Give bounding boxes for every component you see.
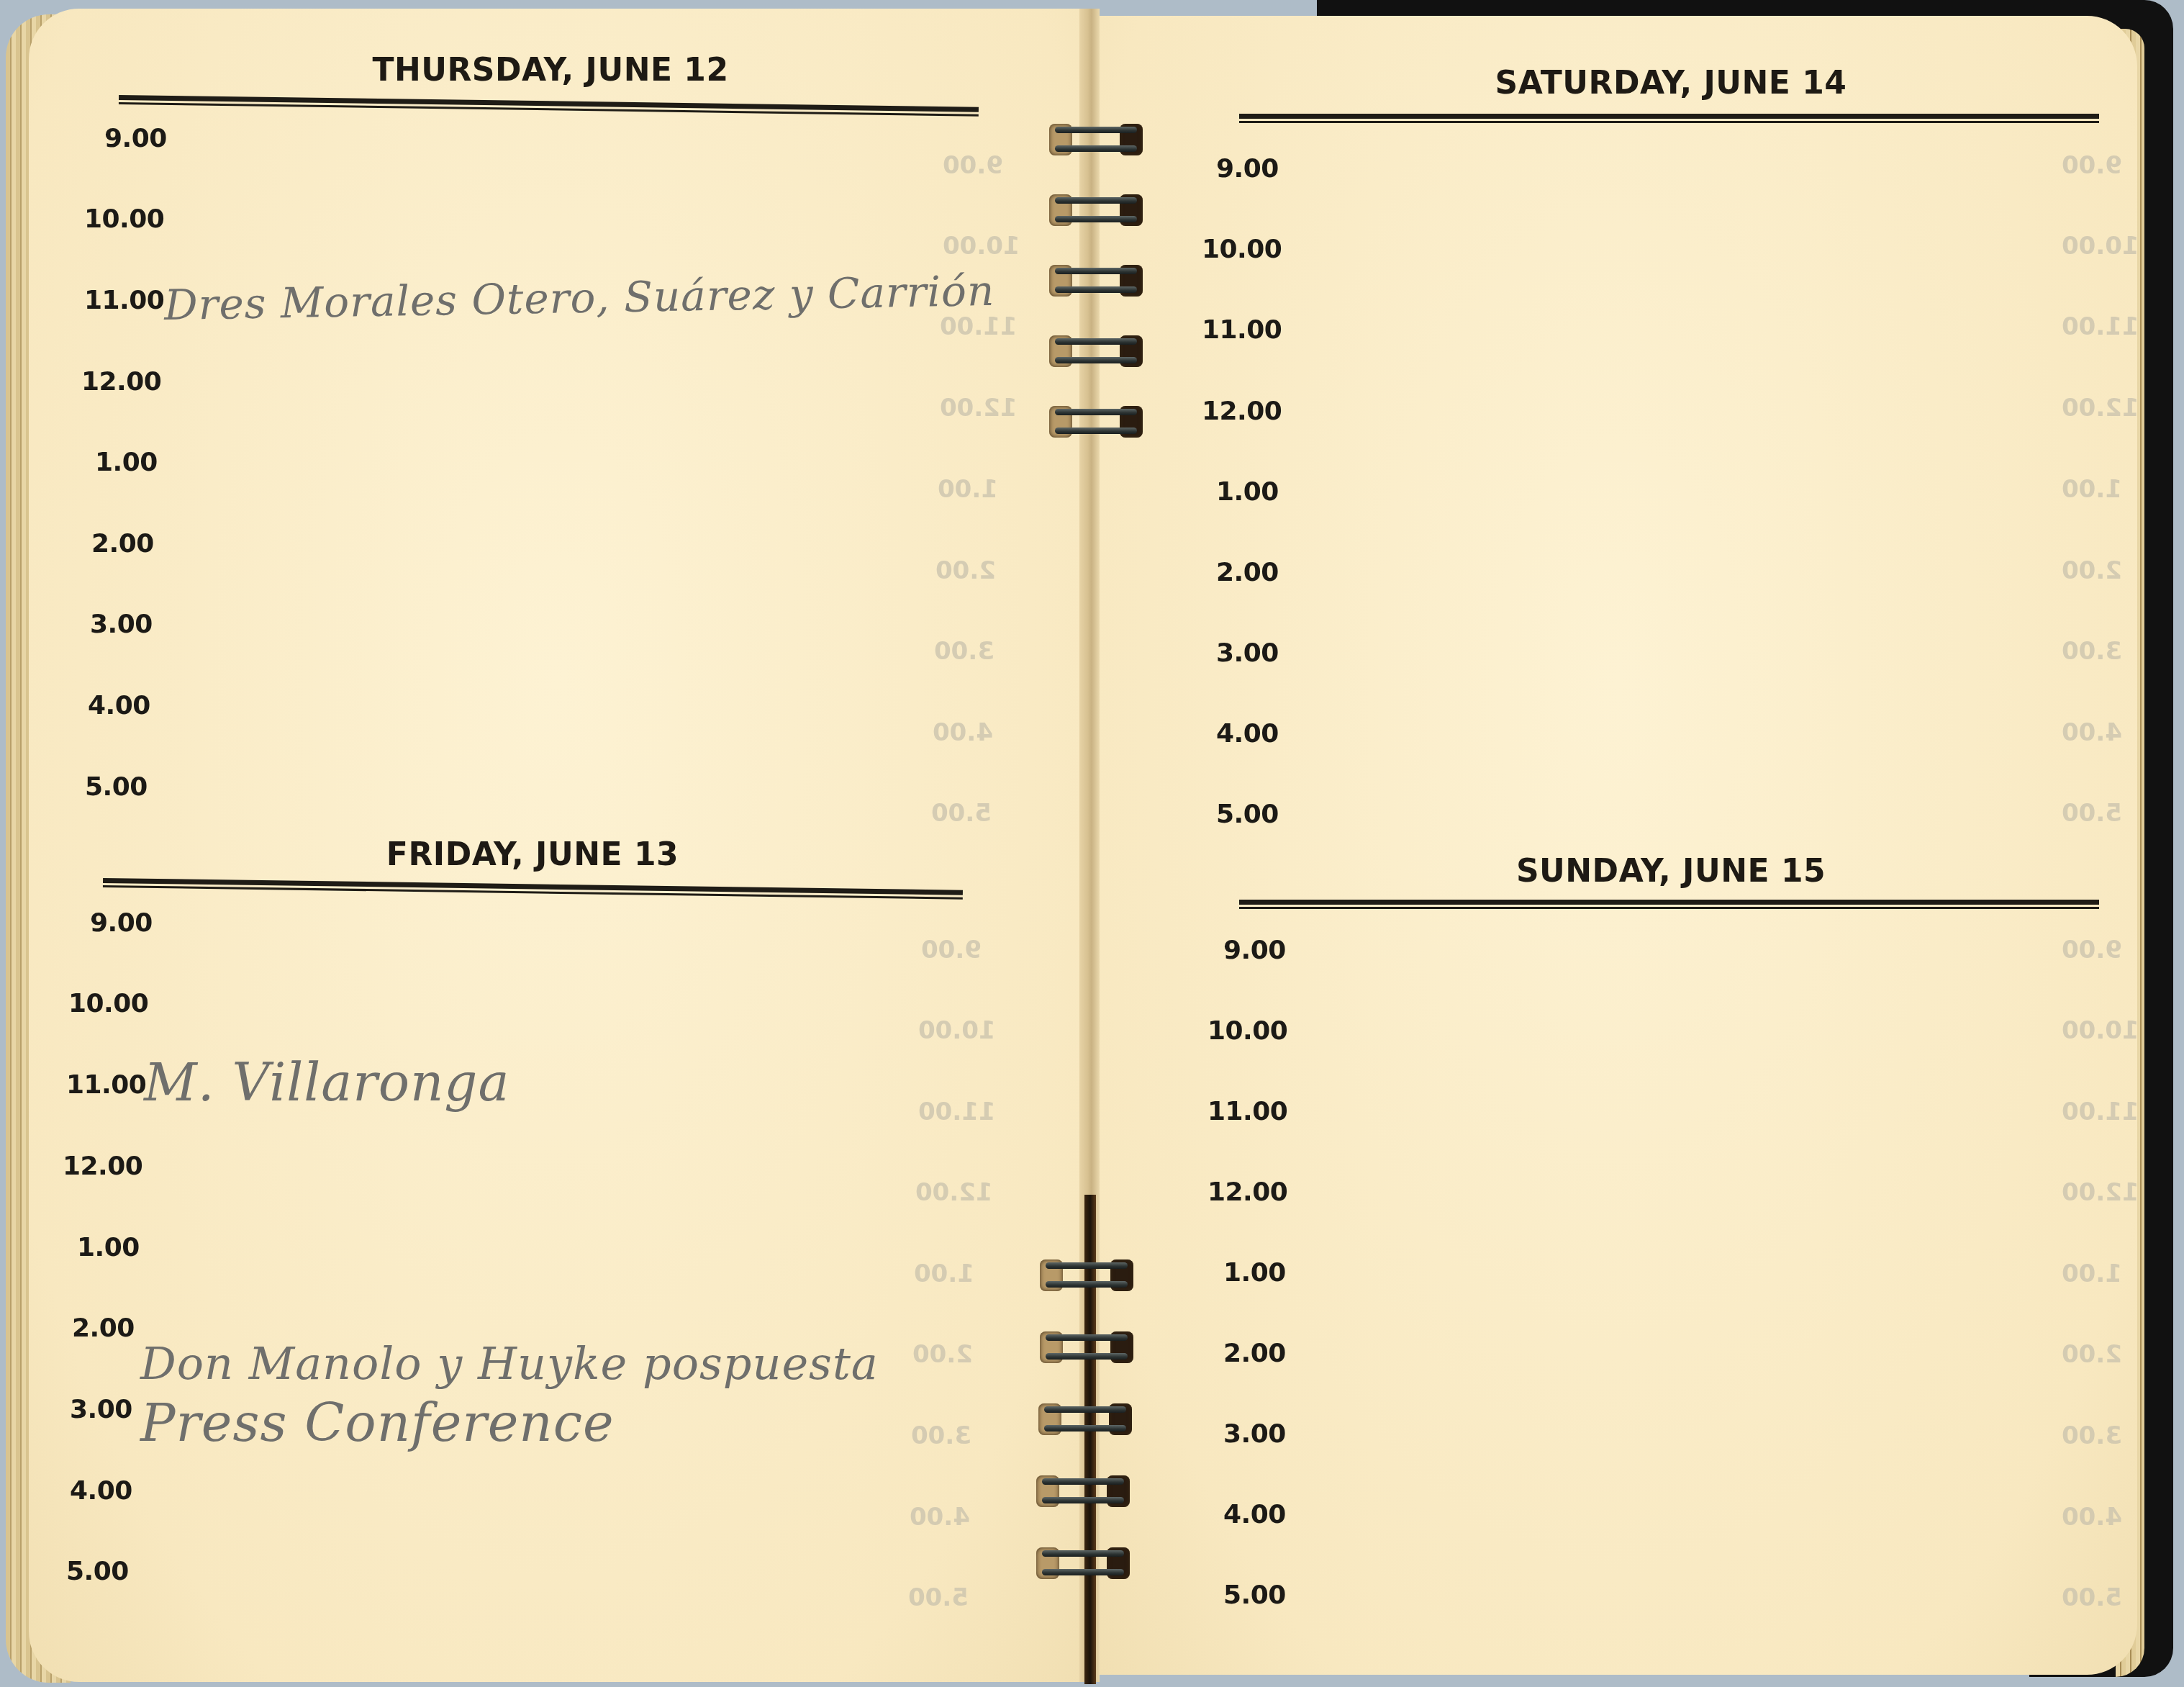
bleed-hour: 3.00 <box>911 1421 971 1450</box>
bleed-hour: 2.00 <box>2062 1340 2122 1369</box>
bleed-hour: 9.00 <box>2062 151 2122 180</box>
bleed-hour: 4.00 <box>910 1503 970 1532</box>
spiral-ring <box>1038 1402 1132 1437</box>
bleed-hour: 2.00 <box>2062 556 2122 585</box>
hour-label: 3.00 <box>1216 638 1279 668</box>
hour-label: 5.00 <box>85 772 148 802</box>
hour-label: 3.00 <box>1223 1419 1286 1449</box>
bleed-hour: 4.00 <box>2062 1503 2122 1532</box>
bleed-hour: 10.00 <box>918 1016 996 1045</box>
spiral-ring <box>1036 1546 1130 1580</box>
header-rule <box>1239 114 2099 124</box>
hour-label: 9.00 <box>1223 936 1286 965</box>
hour-label: 5.00 <box>1223 1580 1286 1610</box>
spiral-ring <box>1049 122 1143 157</box>
bleed-hour: 11.00 <box>940 312 1018 341</box>
spiral-ring <box>1040 1258 1133 1293</box>
bleed-hour: 5.00 <box>2062 1583 2122 1612</box>
bleed-hour: 3.00 <box>2062 637 2122 666</box>
hour-label: 5.00 <box>66 1557 129 1586</box>
bleed-hour: 9.00 <box>943 151 1003 180</box>
hour-label: 3.00 <box>90 610 153 639</box>
bleed-hour: 1.00 <box>914 1259 974 1288</box>
hour-label: 9.00 <box>104 124 167 153</box>
hour-label: 11.00 <box>1202 315 1282 345</box>
spiral-ring <box>1036 1474 1130 1509</box>
day-title: FRIDAY, JUNE 13 <box>386 836 679 873</box>
bleed-hour: 5.00 <box>2062 799 2122 828</box>
hour-label: 4.00 <box>88 691 150 720</box>
bleed-hour: 2.00 <box>912 1340 973 1369</box>
day-title: SUNDAY, JUNE 15 <box>1516 853 1826 890</box>
hour-label: 12.00 <box>1207 1177 1287 1207</box>
bleed-hour: 12.00 <box>915 1178 993 1207</box>
hour-label: 2.00 <box>72 1313 135 1343</box>
hour-label: 2.00 <box>1223 1339 1286 1368</box>
hour-label: 3.00 <box>70 1395 132 1424</box>
hour-label: 1.00 <box>77 1233 140 1262</box>
bleed-hour: 3.00 <box>934 637 994 666</box>
hour-label: 11.00 <box>66 1070 146 1100</box>
hour-label: 4.00 <box>1216 719 1279 748</box>
bleed-hour: 11.00 <box>2062 1098 2139 1126</box>
bleed-hour: 5.00 <box>908 1583 969 1612</box>
bleed-hour: 1.00 <box>938 475 998 504</box>
bleed-hour: 1.00 <box>2062 1259 2122 1288</box>
hour-label: 2.00 <box>1216 558 1279 587</box>
bleed-hour: 11.00 <box>918 1098 996 1126</box>
handwritten-entry: Don Manolo y Huyke pospuesta <box>140 1337 879 1390</box>
bleed-hour: 12.00 <box>2062 394 2139 422</box>
hour-label: 1.00 <box>1216 477 1279 507</box>
hour-label: 12.00 <box>63 1152 142 1181</box>
day-title: SATURDAY, JUNE 14 <box>1495 65 1847 101</box>
hour-label: 10.00 <box>84 204 164 234</box>
hour-label: 10.00 <box>68 989 148 1018</box>
hour-label: 10.00 <box>1202 235 1282 264</box>
bleed-hour: 2.00 <box>935 556 996 585</box>
spiral-ring <box>1049 263 1143 298</box>
hour-label: 11.00 <box>84 286 164 315</box>
bleed-hour: 9.00 <box>921 936 982 964</box>
bleed-hour: 12.00 <box>2062 1178 2139 1207</box>
hour-label: 9.00 <box>90 908 153 938</box>
header-rule <box>1239 900 2099 910</box>
bleed-hour: 10.00 <box>2062 232 2139 261</box>
spiral-ring <box>1049 334 1143 368</box>
hour-label: 12.00 <box>81 367 161 397</box>
hour-label: 10.00 <box>1207 1016 1287 1046</box>
bleed-hour: 9.00 <box>2062 936 2122 964</box>
bleed-hour: 1.00 <box>2062 475 2122 504</box>
bleed-hour: 12.00 <box>940 394 1018 422</box>
bleed-hour: 5.00 <box>931 799 992 828</box>
handwritten-entry: Press Conference <box>140 1393 615 1453</box>
hour-label: 12.00 <box>1202 397 1282 426</box>
hour-label: 1.00 <box>1223 1258 1286 1288</box>
hour-label: 2.00 <box>91 529 154 558</box>
handwritten-entry: M. Villaronga <box>144 1052 509 1113</box>
hour-label: 4.00 <box>70 1476 132 1506</box>
hour-label: 11.00 <box>1207 1097 1287 1126</box>
spiral-ring <box>1040 1330 1133 1365</box>
hour-label: 4.00 <box>1223 1500 1286 1529</box>
bleed-hour: 3.00 <box>2062 1421 2122 1450</box>
bleed-hour: 4.00 <box>933 718 993 747</box>
bleed-hour: 11.00 <box>2062 312 2139 341</box>
bleed-hour: 10.00 <box>2062 1016 2139 1045</box>
bleed-hour: 4.00 <box>2062 718 2122 747</box>
bleed-hour: 10.00 <box>943 232 1020 261</box>
hour-label: 9.00 <box>1216 154 1279 184</box>
hour-label: 1.00 <box>95 448 158 477</box>
spiral-ring <box>1049 404 1143 439</box>
spiral-ring <box>1049 193 1143 227</box>
day-title: THURSDAY, JUNE 12 <box>372 52 728 89</box>
hour-label: 5.00 <box>1216 800 1279 829</box>
